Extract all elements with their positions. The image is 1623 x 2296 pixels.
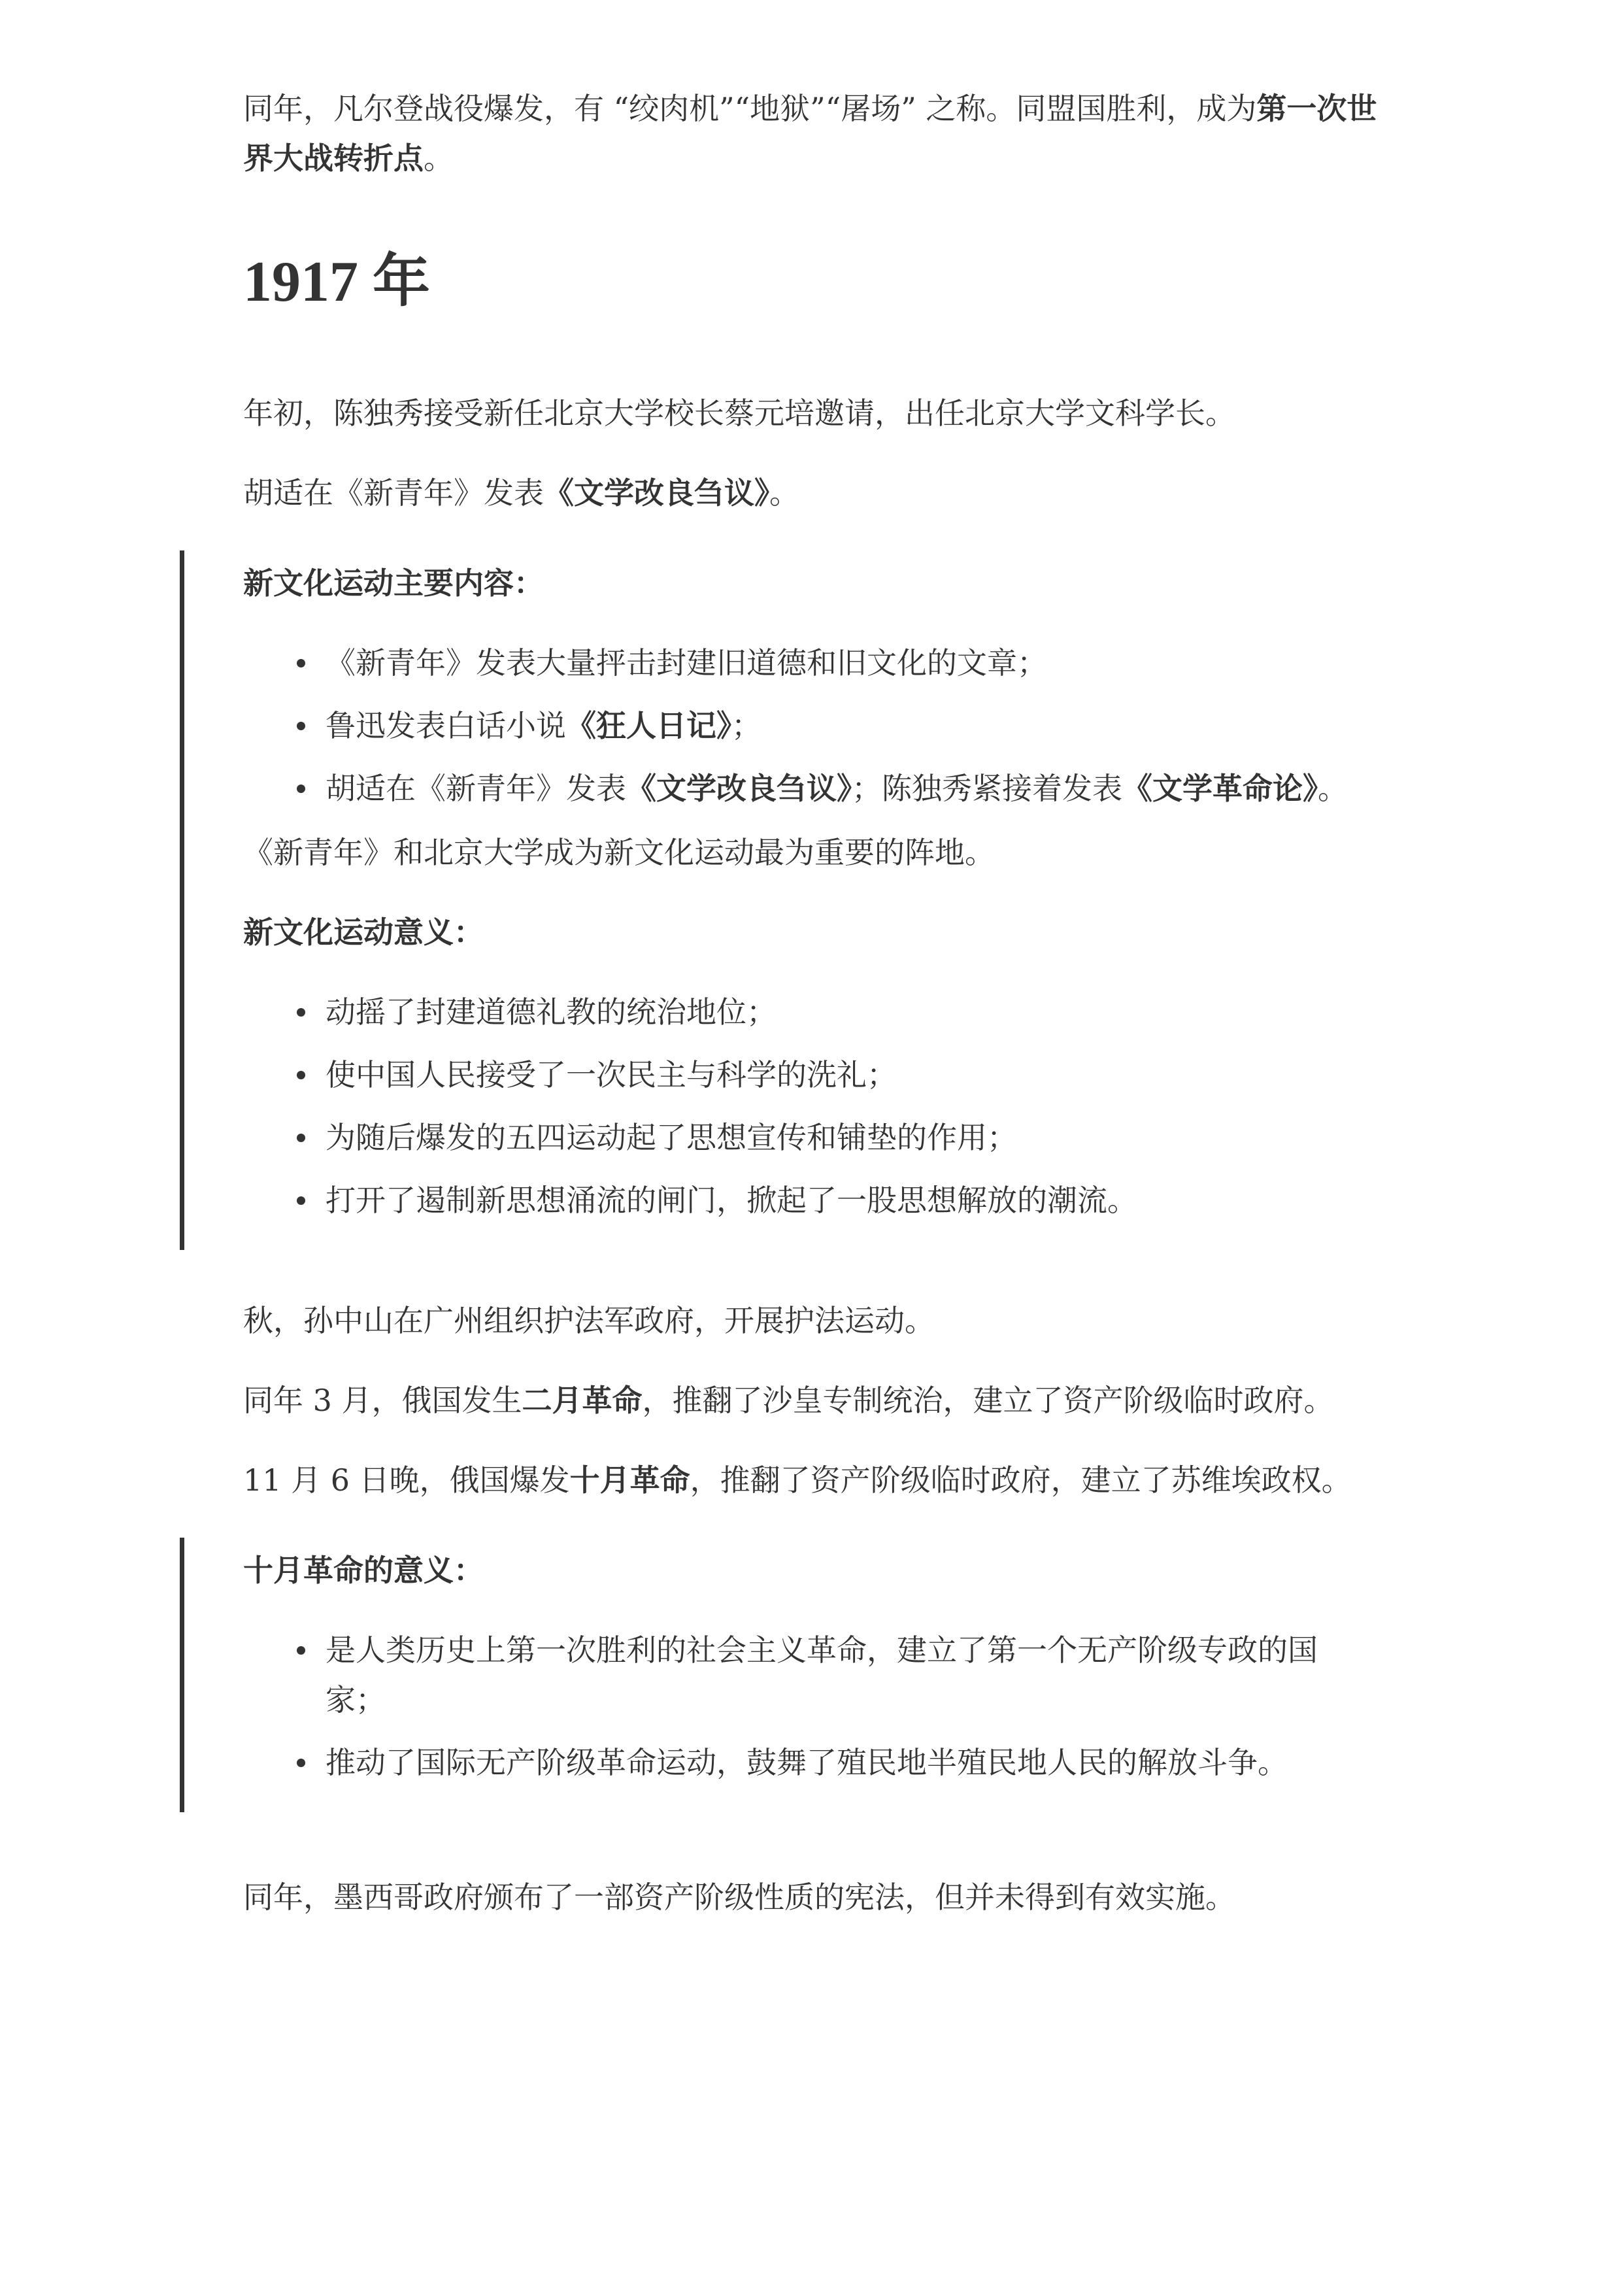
list-significance: 动摇了封建道德礼教的统治地位； 使中国人民接受了一次民主与科学的洗礼； 为随后爆… xyxy=(243,987,1394,1225)
list-item: 《新青年》发表大量抨击封建旧道德和旧文化的文章； xyxy=(243,638,1394,688)
list-item-text: 使中国人民接受了一次民主与科学的洗礼； xyxy=(326,1057,897,1092)
bullet-icon xyxy=(297,1196,305,1205)
bullet-icon xyxy=(297,1759,305,1767)
feb-end: ，推翻了沙皇专制统治，建立了资产阶级临时政府。 xyxy=(643,1383,1334,1418)
list-item-end: ； xyxy=(731,708,761,743)
bullet-icon xyxy=(297,659,305,667)
list-item: 使中国人民接受了一次民主与科学的洗礼； xyxy=(243,1050,1394,1100)
blockquote-new-culture-movement: 新文化运动主要内容： 《新青年》发表大量抨击封建旧道德和旧文化的文章； 鲁迅发表… xyxy=(180,550,1394,1250)
paragraph-verdun: 同年，凡尔登战役爆发，有 “绞肉机”“地狱”“屠场” 之称。同盟国胜利，成为第一… xyxy=(243,84,1394,183)
verdun-text: 同年，凡尔登战役爆发，有 “绞肉机”“地狱”“屠场” 之称。同盟国胜利，成为 xyxy=(243,91,1256,126)
oct-bold: 十月革命 xyxy=(570,1462,690,1498)
list-item-bold-2: 《文学革命论》 xyxy=(1122,771,1318,806)
list-item-bold: 《文学改良刍议》 xyxy=(626,771,852,806)
feb-text: 同年 3 月，俄国发生 xyxy=(243,1383,522,1418)
list-item-text: 推动了国际无产阶级革命运动，鼓舞了殖民地半殖民地人民的解放斗争。 xyxy=(326,1745,1288,1780)
list-item: 鲁迅发表白话小说《狂人日记》； xyxy=(243,701,1394,751)
verdun-end: 。 xyxy=(424,141,454,176)
paragraph-hu-shi: 胡适在《新青年》发表《文学改良刍议》。 xyxy=(243,468,1394,518)
section-heading-1917: 1917 年 xyxy=(243,250,1394,315)
paragraph-october-revolution: 11 月 6 日晚，俄国爆发十月革命，推翻了资产阶级临时政府，建立了苏维埃政权。 xyxy=(243,1455,1394,1505)
list-item: 推动了国际无产阶级革命运动，鼓舞了殖民地半殖民地人民的解放斗争。 xyxy=(243,1738,1394,1787)
list-item-text: 鲁迅发表白话小说 xyxy=(326,708,566,743)
list-item-mid: ；陈独秀紧接着发表 xyxy=(852,771,1122,806)
list-item-text: 胡适在《新青年》发表 xyxy=(326,771,626,806)
feb-bold: 二月革命 xyxy=(522,1383,643,1418)
list-item-text: 打开了遏制新思想涌流的闸门，掀起了一股思想解放的潮流。 xyxy=(326,1183,1137,1218)
blockquote-title-content: 新文化运动主要内容： xyxy=(243,558,1394,608)
bullet-icon xyxy=(297,785,305,793)
hu-shi-end: 。 xyxy=(769,475,799,511)
document-page: 同年，凡尔登战役爆发，有 “绞肉机”“地狱”“屠场” 之称。同盟国胜利，成为第一… xyxy=(243,84,1394,1922)
paragraph-sun-yatsen: 秋，孙中山在广州组织护法军政府，开展护法运动。 xyxy=(243,1296,1394,1345)
list-item-end: 。 xyxy=(1318,771,1348,806)
bullet-icon xyxy=(297,1071,305,1079)
oct-text: 11 月 6 日晚，俄国爆发 xyxy=(243,1462,570,1498)
hu-shi-text: 胡适在《新青年》发表 xyxy=(243,475,544,511)
blockquote-paragraph: 《新青年》和北京大学成为新文化运动最为重要的阵地。 xyxy=(243,828,1394,877)
list-item-text: 是人类历史上第一次胜利的社会主义革命，建立了第一个无产阶级专政的国家； xyxy=(326,1632,1318,1717)
list-october-significance: 是人类历史上第一次胜利的社会主义革命，建立了第一个无产阶级专政的国家； 推动了国… xyxy=(243,1625,1394,1787)
list-item: 为随后爆发的五四运动起了思想宣传和铺垫的作用； xyxy=(243,1113,1394,1162)
paragraph-chen-duxiu: 年初，陈独秀接受新任北京大学校长蔡元培邀请，出任北京大学文科学长。 xyxy=(243,388,1394,438)
blockquote-october-revolution-significance: 十月革命的意义： 是人类历史上第一次胜利的社会主义革命，建立了第一个无产阶级专政… xyxy=(180,1538,1394,1812)
list-item-text: 动摇了封建道德礼教的统治地位； xyxy=(326,994,777,1030)
bullet-icon xyxy=(297,1008,305,1017)
oct-end: ，推翻了资产阶级临时政府，建立了苏维埃政权。 xyxy=(690,1462,1352,1498)
list-item-text: 为随后爆发的五四运动起了思想宣传和铺垫的作用； xyxy=(326,1120,1017,1155)
bullet-icon xyxy=(297,1646,305,1655)
list-item: 是人类历史上第一次胜利的社会主义革命，建立了第一个无产阶级专政的国家； xyxy=(243,1625,1394,1725)
list-content: 《新青年》发表大量抨击封建旧道德和旧文化的文章； 鲁迅发表白话小说《狂人日记》；… xyxy=(243,638,1394,813)
bullet-icon xyxy=(297,722,305,730)
paragraph-february-revolution: 同年 3 月，俄国发生二月革命，推翻了沙皇专制统治，建立了资产阶级临时政府。 xyxy=(243,1376,1394,1425)
paragraph-mexico-constitution: 同年，墨西哥政府颁布了一部资产阶级性质的宪法，但并未得到有效实施。 xyxy=(243,1872,1394,1922)
blockquote-title-october: 十月革命的意义： xyxy=(243,1545,1394,1595)
list-item-bold: 《狂人日记》 xyxy=(566,708,731,743)
blockquote-title-significance: 新文化运动意义： xyxy=(243,907,1394,957)
list-item-text: 《新青年》发表大量抨击封建旧道德和旧文化的文章； xyxy=(326,645,1047,681)
list-item: 打开了遏制新思想涌流的闸门，掀起了一股思想解放的潮流。 xyxy=(243,1175,1394,1225)
bullet-icon xyxy=(297,1134,305,1142)
list-item: 胡适在《新青年》发表《文学改良刍议》；陈独秀紧接着发表《文学革命论》。 xyxy=(243,764,1394,813)
hu-shi-bold-title: 《文学改良刍议》 xyxy=(544,475,769,511)
list-item: 动摇了封建道德礼教的统治地位； xyxy=(243,987,1394,1037)
